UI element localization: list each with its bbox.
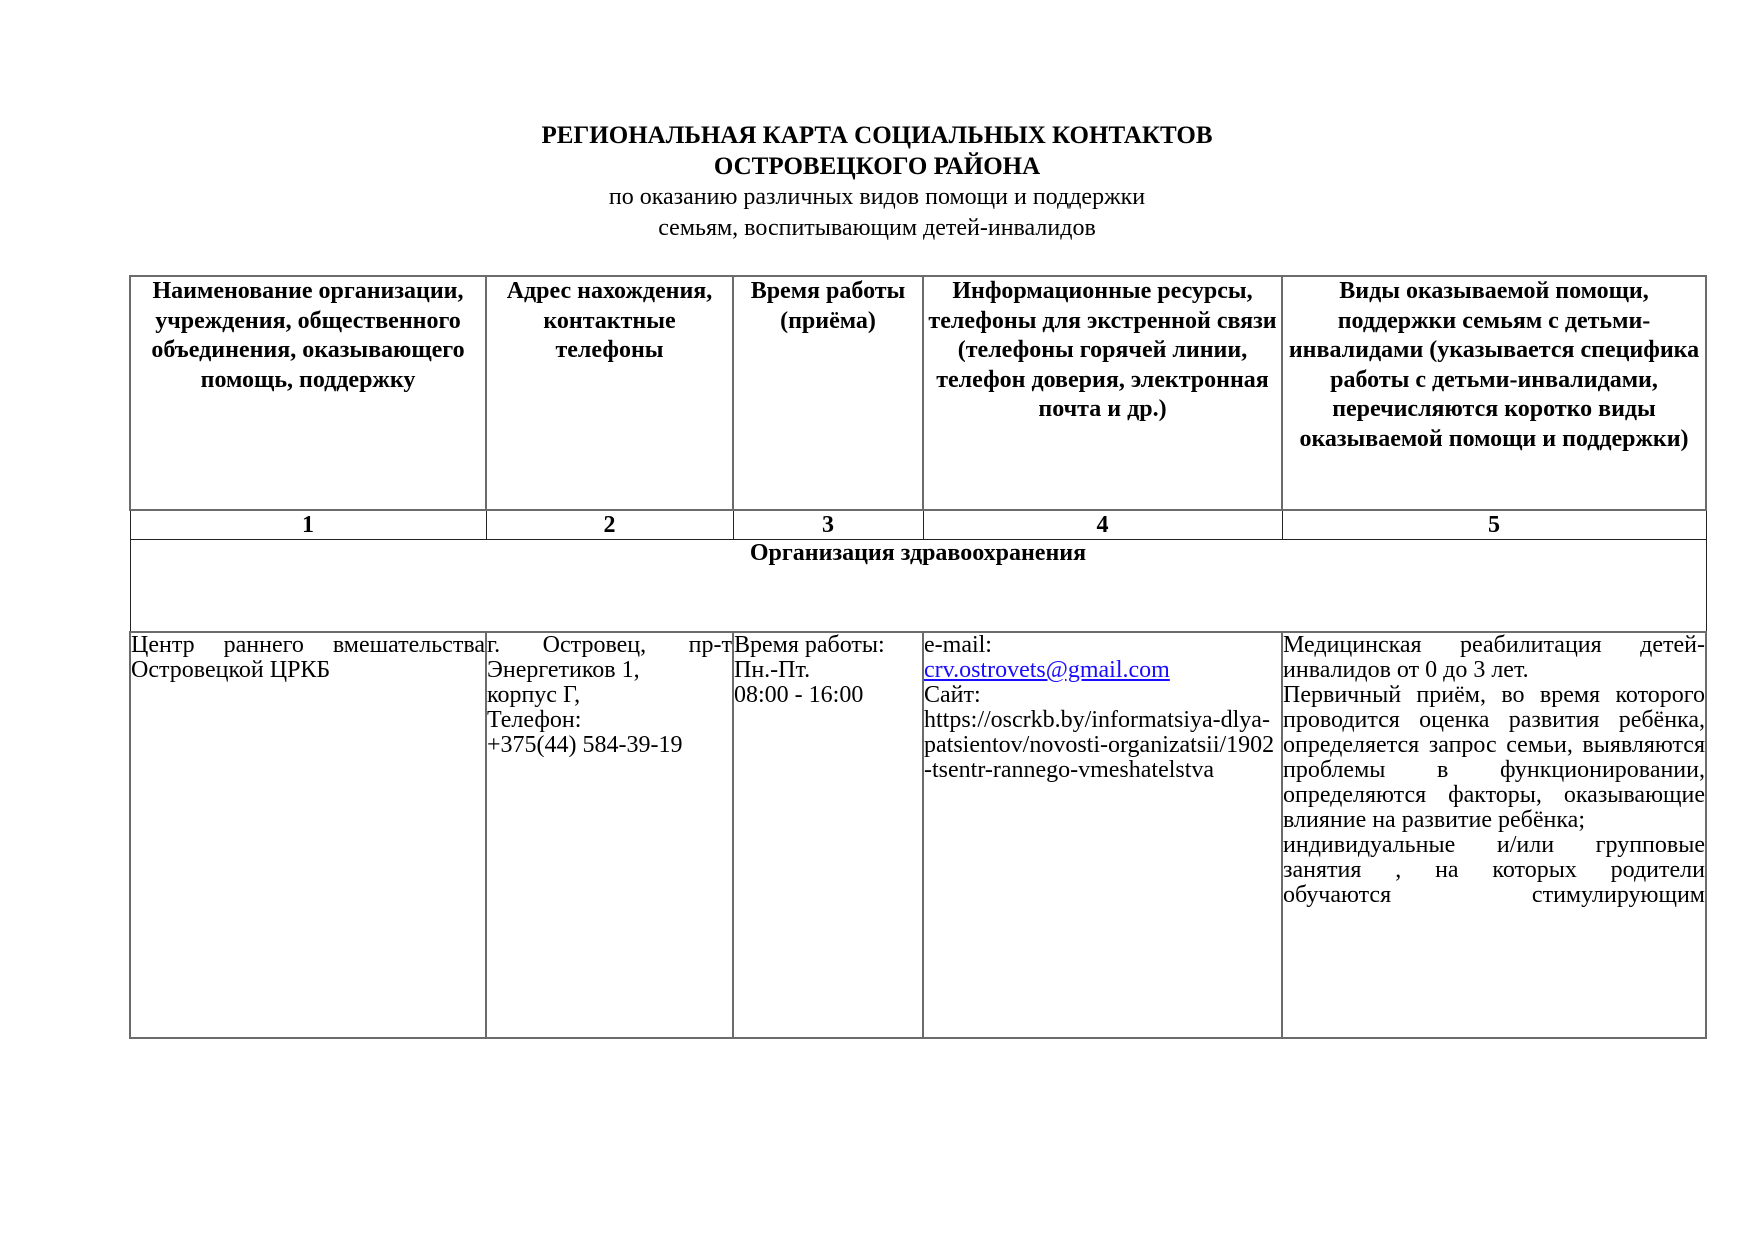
address-line-1: г. Островец, пр-т Энергетиков 1, bbox=[487, 633, 732, 683]
column-number-row: 1 2 3 4 5 bbox=[130, 510, 1706, 540]
document-title-line-1: РЕГИОНАЛЬНАЯ КАРТА СОЦИАЛЬНЫХ КОНТАКТОВ bbox=[0, 120, 1754, 151]
phone-number: +375(44) 584-39-19 bbox=[487, 733, 732, 758]
services-paragraph-2: Первичный приём, во время которого прово… bbox=[1283, 683, 1705, 833]
column-number-1: 1 bbox=[130, 510, 486, 540]
hours-label: Время работы: bbox=[734, 633, 922, 658]
header-hours: Время работы (приёма) bbox=[733, 276, 923, 510]
social-contacts-table: Наименование организации, учреждения, об… bbox=[129, 275, 1707, 1039]
header-organization: Наименование организации, учреждения, об… bbox=[130, 276, 486, 510]
site-url: https://oscrkb.by/informatsiya-dlya-pats… bbox=[924, 708, 1281, 783]
address-line-2: корпус Г, bbox=[487, 683, 732, 708]
site-label: Сайт: bbox=[924, 683, 1281, 708]
header-resources: Информационные ресурсы, телефоны для экс… bbox=[923, 276, 1282, 510]
section-row: Организация здравоохранения bbox=[130, 540, 1706, 633]
table-header-row: Наименование организации, учреждения, об… bbox=[130, 276, 1706, 510]
hours-cell: Время работы: Пн.-Пт. 08:00 - 16:00 bbox=[733, 632, 923, 1038]
column-number-5: 5 bbox=[1282, 510, 1706, 540]
address-cell: г. Островец, пр-т Энергетиков 1, корпус … bbox=[486, 632, 733, 1038]
section-title: Организация здравоохранения bbox=[130, 540, 1706, 633]
document-subtitle-line-1: по оказанию различных видов помощи и под… bbox=[0, 182, 1754, 213]
table-row: Центр раннего вмешательства Островецкой … bbox=[130, 632, 1706, 1038]
document-title-block: РЕГИОНАЛЬНАЯ КАРТА СОЦИАЛЬНЫХ КОНТАКТОВ … bbox=[0, 120, 1754, 244]
column-number-4: 4 bbox=[923, 510, 1282, 540]
document-title-line-2: ОСТРОВЕЦКОГО РАЙОНА bbox=[0, 151, 1754, 182]
phone-label: Телефон: bbox=[487, 708, 732, 733]
column-number-3: 3 bbox=[733, 510, 923, 540]
resources-cell: e-mail: crv.ostrovets@gmail.com Сайт: ht… bbox=[923, 632, 1282, 1038]
services-cell: Медицинская реабилитация детей-инвалидов… bbox=[1282, 632, 1706, 1038]
hours-days: Пн.-Пт. bbox=[734, 658, 922, 683]
header-address: Адрес нахождения, контактные телефоны bbox=[486, 276, 733, 510]
services-paragraph-1: Медицинская реабилитация детей-инвалидов… bbox=[1283, 633, 1705, 683]
document-subtitle-line-2: семьям, воспитывающим детей-инвалидов bbox=[0, 213, 1754, 244]
organization-name: Центр раннего вмешательства Островецкой … bbox=[131, 633, 485, 683]
organization-cell: Центр раннего вмешательства Островецкой … bbox=[130, 632, 486, 1038]
services-paragraph-3: индивидуальные и/или групповые занятия ,… bbox=[1283, 833, 1705, 908]
email-link[interactable]: crv.ostrovets@gmail.com bbox=[924, 658, 1281, 683]
header-services: Виды оказываемой помощи, поддержки семья… bbox=[1282, 276, 1706, 510]
email-label: e-mail: bbox=[924, 633, 1281, 658]
column-number-2: 2 bbox=[486, 510, 733, 540]
hours-time: 08:00 - 16:00 bbox=[734, 683, 922, 708]
